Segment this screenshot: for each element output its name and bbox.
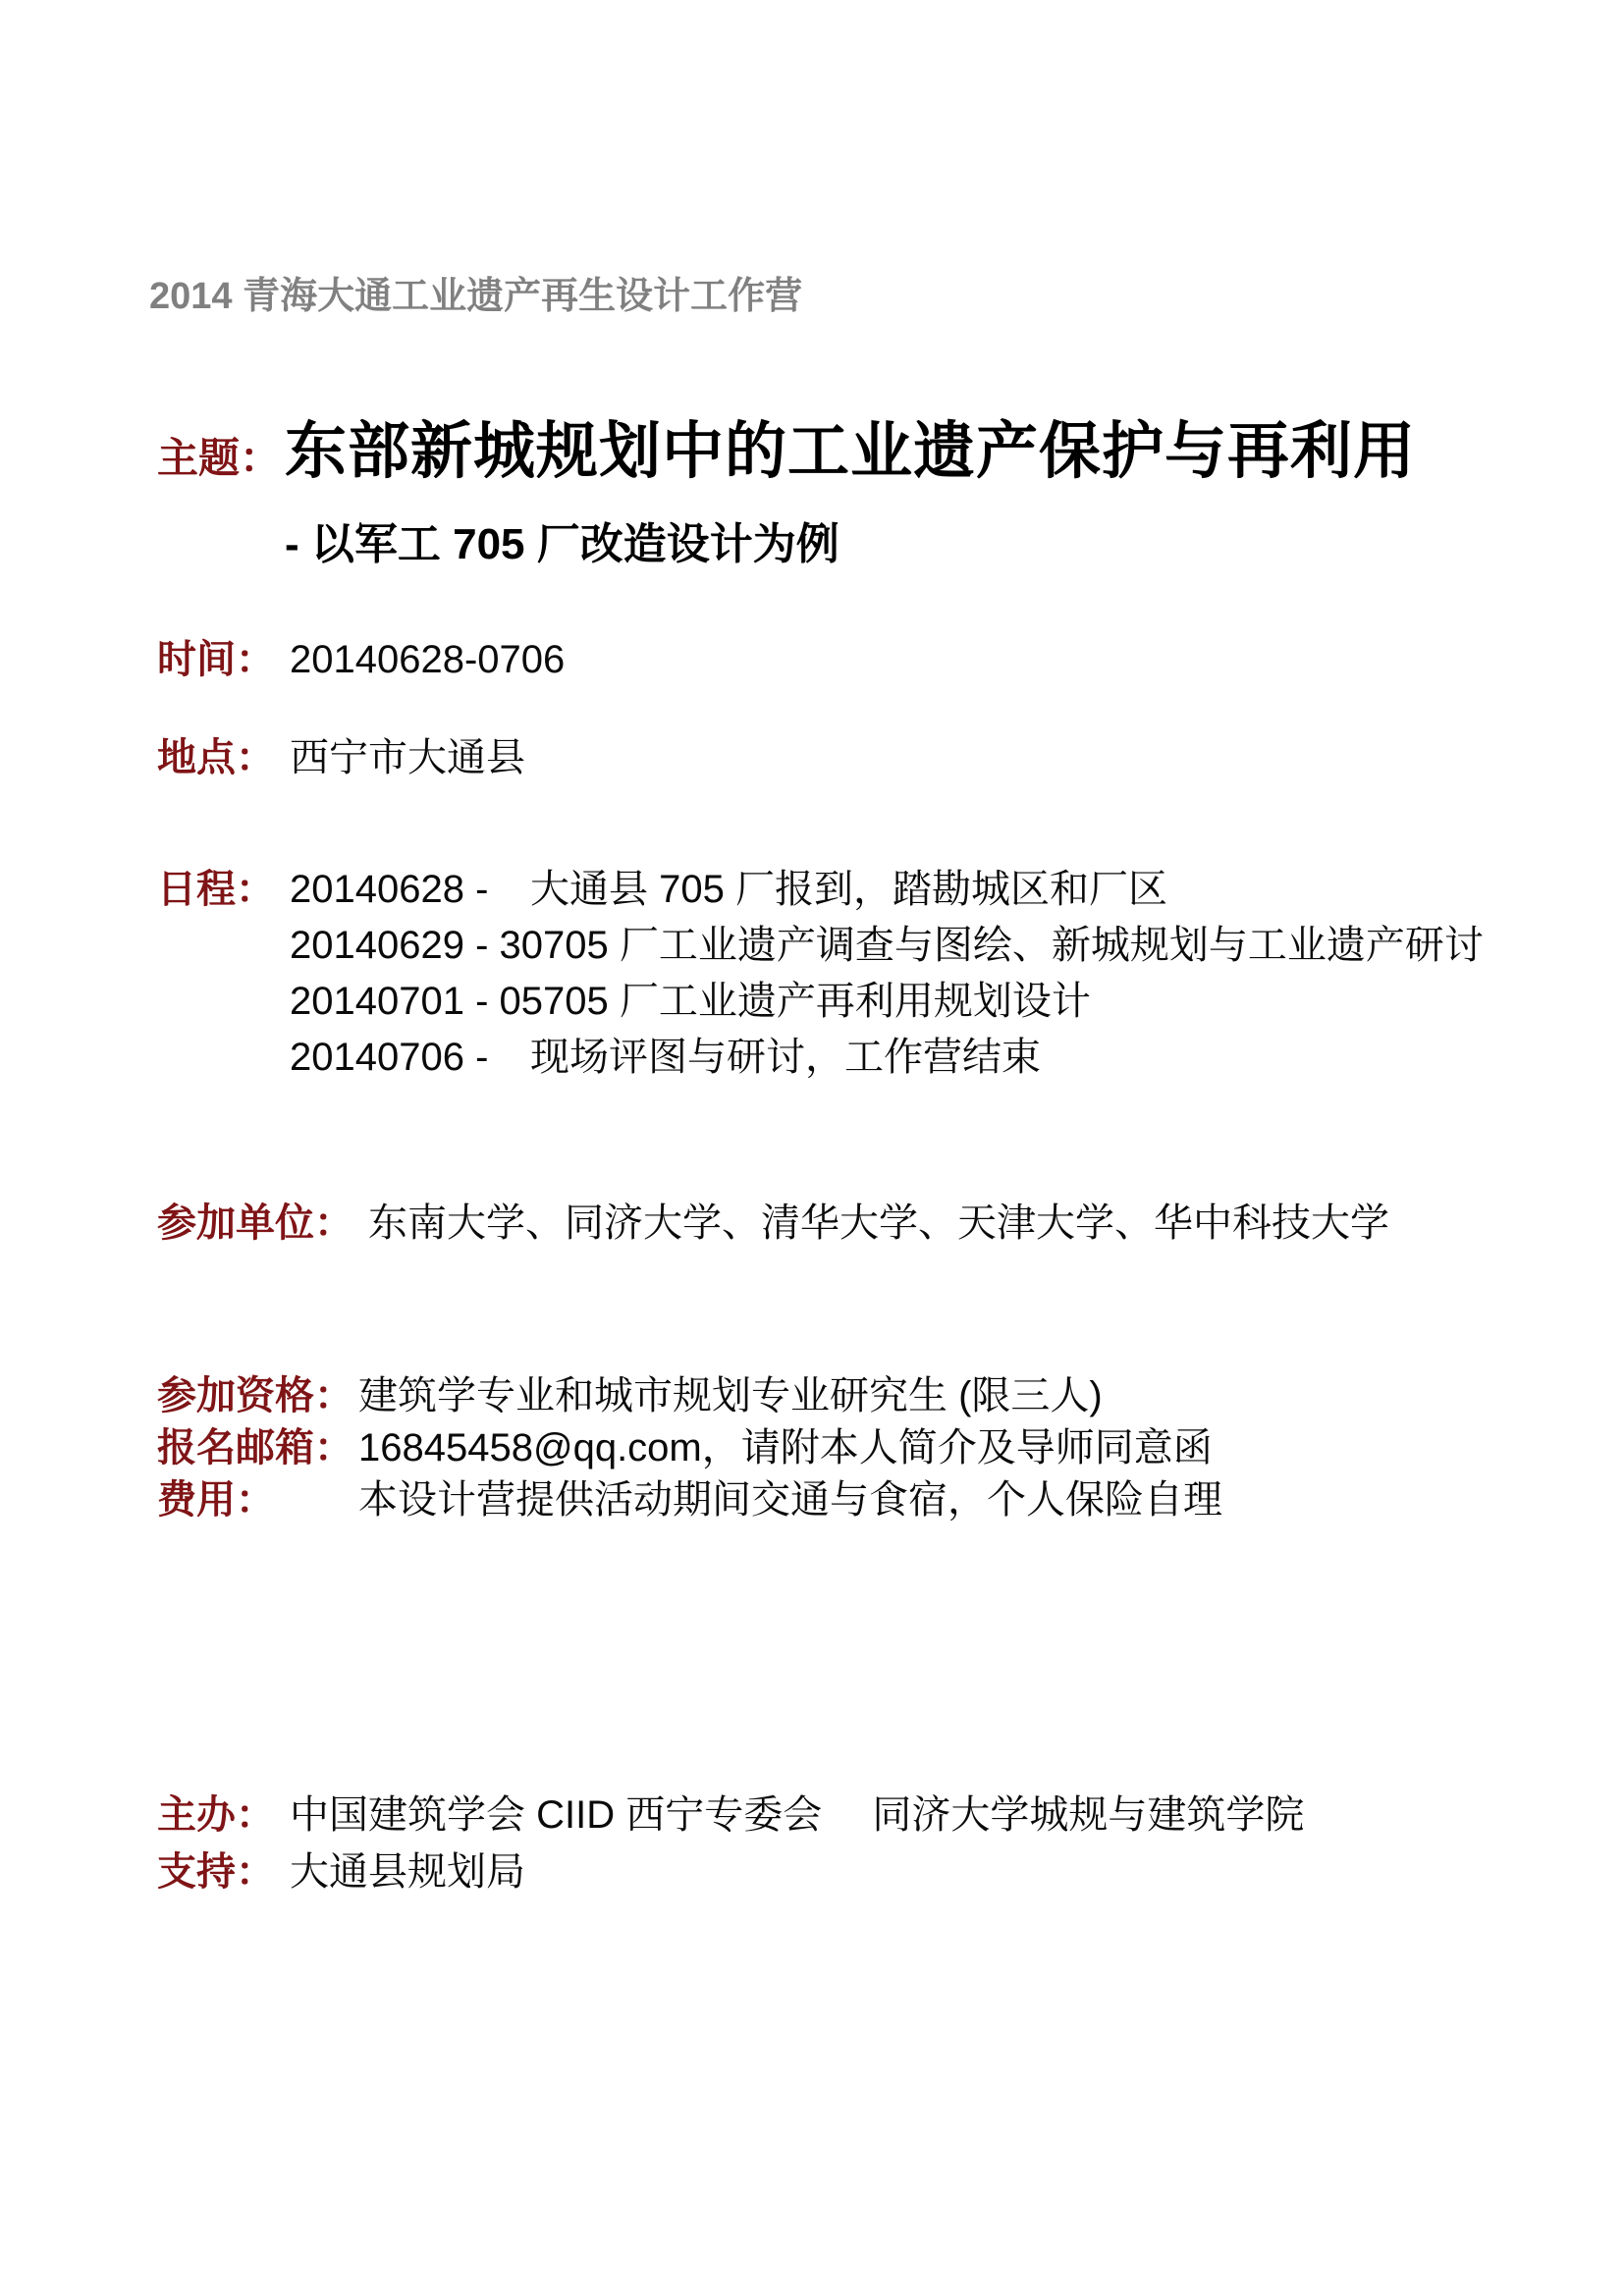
schedule-section: 日程： 20140628 - 大通县 705 厂报到，踏勘城区和厂区 20140… [157,862,1565,1086]
email-label: 报名邮箱： [157,1422,358,1474]
document-page: 2014 青海大通工业遗产再生设计工作营 主题： 东部新城规划中的工业遗产保护与… [0,0,1624,2296]
host-value: 中国建筑学会 CIID 西宁专委会 同济大学城规与建筑学院 [290,1787,1304,1843]
document-header: 2014 青海大通工业遗产再生设计工作营 [149,276,802,319]
email-value: 16845458@qq.com，请附本人简介及导师同意函 [358,1422,1213,1474]
support-value: 大通县规划局 [290,1843,525,1900]
page-subtitle: - 以军工 705 厂改造设计为例 [285,508,839,571]
page-title: 东部新城规划中的工业遗产保护与再利用 [285,416,1416,487]
requirement-item: 参加资格： 建筑学专业和城市规划专业研究生 (限三人) [157,1370,1222,1422]
schedule-label: 日程： [157,862,290,918]
time-section: 时间： 20140628-0706 [157,636,1565,683]
schedule-date: 20140701 - 05 [290,974,543,1030]
schedule-item: 20140701 - 05 705 厂工业遗产再利用规划设计 [290,974,1484,1030]
schedule-item: 20140628 - 大通县 705 厂报到，踏勘城区和厂区 [290,862,1484,918]
schedule-list: 20140628 - 大通县 705 厂报到，踏勘城区和厂区 20140629 … [290,862,1484,1086]
schedule-date: 20140628 - [290,862,530,918]
organizers-section: 主办： 中国建筑学会 CIID 西宁专委会 同济大学城规与建筑学院 支持： 大通… [157,1787,1304,1900]
schedule-desc: 705 厂工业遗产再利用规划设计 [543,974,1091,1030]
schedule-date: 20140629 - 30 [290,918,543,974]
participants-label: 参加单位： [157,1200,368,1247]
schedule-desc: 705 厂工业遗产调查与图绘、新城规划与工业遗产研讨 [543,918,1484,974]
fee-label: 费用： [157,1474,358,1526]
location-section: 地点： 西宁市大通县 [157,734,1565,781]
schedule-desc: 大通县 705 厂报到，踏勘城区和厂区 [530,862,1167,918]
schedule-item: 20140706 - 现场评图与研讨，工作营结束 [290,1030,1484,1086]
subtitle-section: - 以军工 705 厂改造设计为例 [157,508,1565,571]
participants-section: 参加单位： 东南大学、同济大学、清华大学、天津大学、华中科技大学 [157,1200,1565,1247]
fee-value: 本设计营提供活动期间交通与食宿，个人保险自理 [358,1474,1222,1526]
host-label: 主办： [157,1787,290,1843]
requirement-item: 费用： 本设计营提供活动期间交通与食宿，个人保险自理 [157,1474,1222,1526]
time-value: 20140628-0706 [290,636,565,683]
topic-label: 主题： [157,426,285,485]
location-value: 西宁市大通县 [290,734,525,781]
requirements-section: 参加资格： 建筑学专业和城市规划专业研究生 (限三人) 报名邮箱： 168454… [157,1370,1222,1526]
organizer-item: 主办： 中国建筑学会 CIID 西宁专委会 同济大学城规与建筑学院 [157,1787,1304,1843]
location-label: 地点： [157,734,290,781]
qualification-label: 参加资格： [157,1370,358,1422]
support-label: 支持： [157,1843,290,1900]
participants-value: 东南大学、同济大学、清华大学、天津大学、华中科技大学 [368,1200,1389,1247]
schedule-desc: 现场评图与研讨，工作营结束 [530,1030,1041,1086]
schedule-date: 20140706 - [290,1030,530,1086]
requirement-item: 报名邮箱： 16845458@qq.com，请附本人简介及导师同意函 [157,1422,1222,1474]
time-label: 时间： [157,636,290,683]
organizer-item: 支持： 大通县规划局 [157,1843,1304,1900]
schedule-item: 20140629 - 30 705 厂工业遗产调查与图绘、新城规划与工业遗产研讨 [290,918,1484,974]
topic-section: 主题： 东部新城规划中的工业遗产保护与再利用 [157,416,1565,487]
qualification-value: 建筑学专业和城市规划专业研究生 (限三人) [358,1370,1103,1422]
